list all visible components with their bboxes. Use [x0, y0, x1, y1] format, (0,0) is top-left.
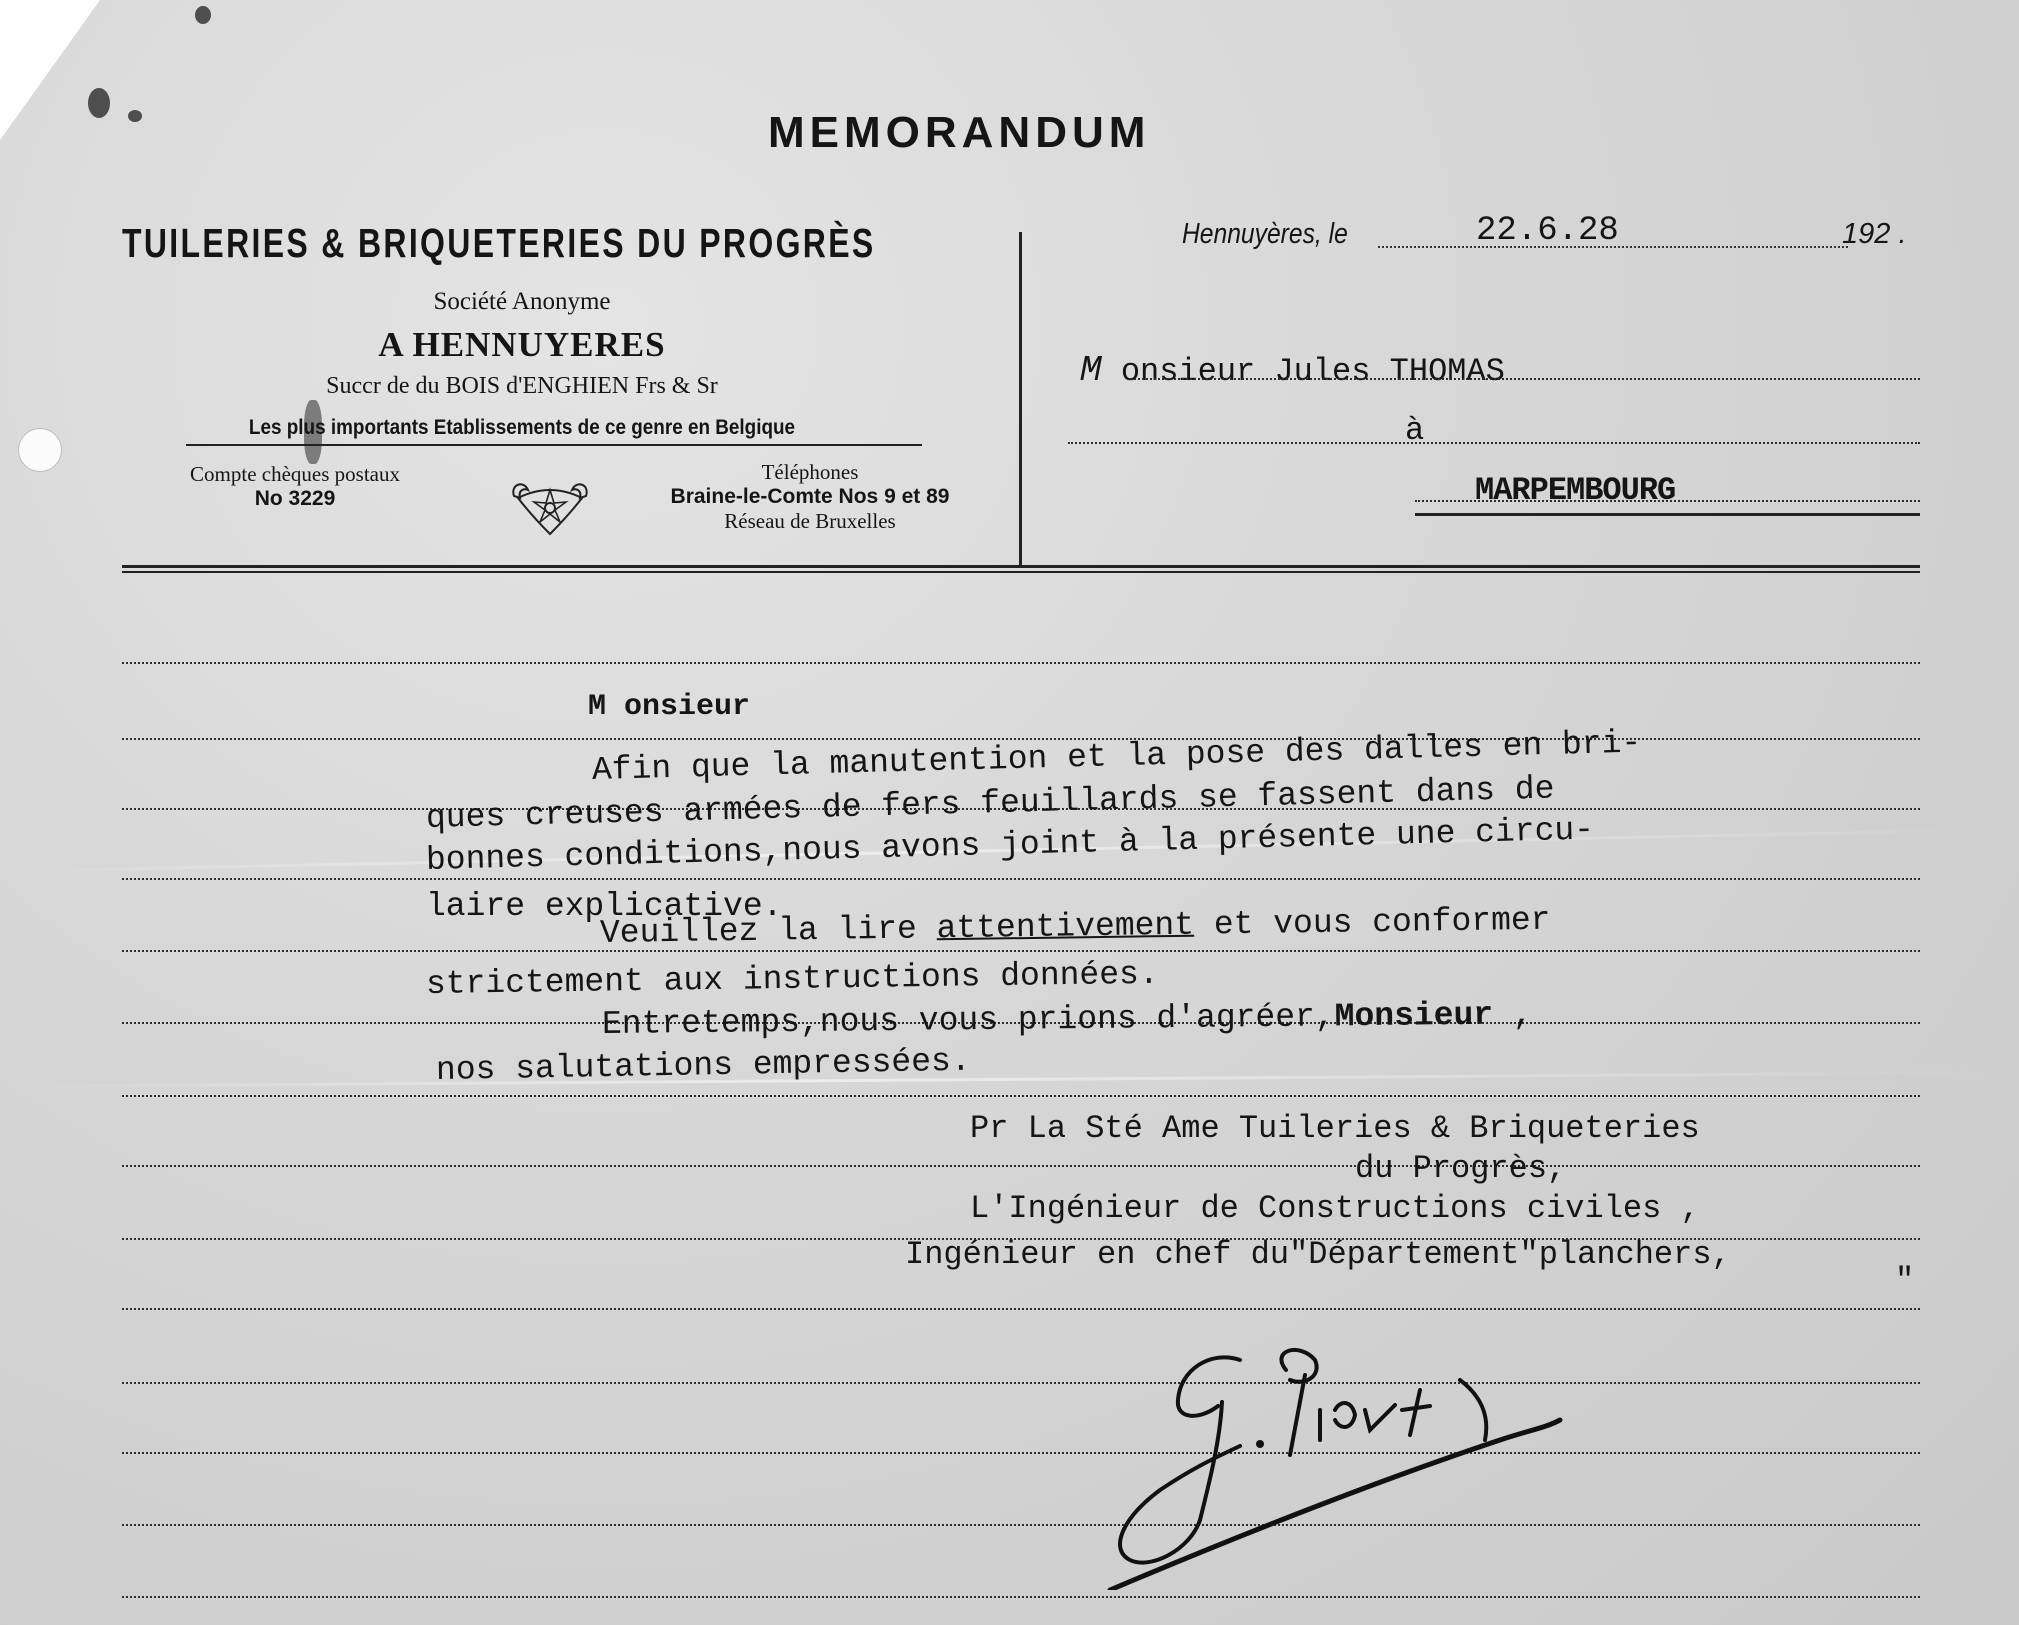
- ruled-line: [122, 1524, 1920, 1526]
- date-place: Hennuyères, le: [1182, 218, 1348, 251]
- company-tagline: Les plus importants Etablissements de ce…: [162, 416, 882, 440]
- ruled-line: [122, 1452, 1920, 1454]
- folded-corner: [0, 0, 100, 140]
- company-city: A HENNUYERES: [122, 325, 922, 365]
- body-line: strictement aux instructions données.: [426, 956, 1159, 1003]
- closing-quote: ": [1895, 1262, 1914, 1299]
- town-rule: [1415, 513, 1920, 516]
- recipient-town: MARPEMBOURG: [1475, 472, 1675, 509]
- successor-line: Succr de du BOIS d'ENGHIEN Frs & Sr: [122, 373, 922, 400]
- ruled-line: [122, 1165, 1920, 1167]
- document-title: MEMORANDUM: [768, 108, 1150, 158]
- ruled-line: [122, 738, 1920, 740]
- recipient-name: M onsieur Jules THOMAS: [1080, 350, 1505, 391]
- floral-ornament-icon: [508, 476, 592, 536]
- ruled-line: [122, 1095, 1920, 1097]
- header-rule: [122, 565, 1920, 568]
- ruled-line: [122, 662, 1920, 664]
- dotted-line: [1415, 500, 1920, 502]
- closing-line: du Progrès,: [1355, 1150, 1566, 1187]
- postal-account-label: Compte chèques postaux: [140, 462, 450, 487]
- body-line: Entretemps,nous vous prions d'agréer,Mon…: [602, 996, 1533, 1043]
- closing-line: Ingénieur en chef du"Département"planche…: [905, 1236, 1731, 1273]
- phones-network: Réseau de Bruxelles: [630, 509, 990, 534]
- signature: [1090, 1320, 1630, 1590]
- emphasized-word: attentivement: [936, 907, 1194, 948]
- body-line: nos salutations empressées.: [436, 1043, 971, 1089]
- closing-line: Pr La Sté Ame Tuileries & Briqueteries: [970, 1110, 1700, 1147]
- dotted-line: [1068, 442, 1920, 444]
- header-vertical-divider: [1019, 232, 1022, 566]
- ruled-line: [122, 1382, 1920, 1384]
- postal-account: Compte chèques postaux No 3229: [140, 462, 450, 511]
- text: Veuillez la lire: [600, 910, 937, 952]
- telephones: Téléphones Braine-le-Comte Nos 9 et 89 R…: [630, 460, 990, 534]
- salutation: M onsieur: [588, 690, 750, 724]
- phones-numbers: Braine-le-Comte Nos 9 et 89: [630, 485, 990, 509]
- ink-stain: [88, 88, 110, 118]
- recipient-name-text: onsieur Jules THOMAS: [1121, 353, 1505, 390]
- ruled-line: [122, 1596, 1920, 1598]
- ink-stain: [195, 6, 211, 24]
- paper-crease: [0, 1071, 2019, 1088]
- legal-form: Société Anonyme: [122, 288, 922, 316]
- punch-hole: [18, 428, 62, 472]
- text: et vous conformer: [1194, 902, 1551, 944]
- date-value: 22.6.28: [1476, 212, 1619, 250]
- text: ,: [1493, 996, 1533, 1033]
- postal-account-number: No 3229: [140, 487, 450, 511]
- phones-label: Téléphones: [630, 460, 990, 485]
- closing-line: L'Ingénieur de Constructions civiles ,: [970, 1190, 1700, 1227]
- ruled-line: [122, 950, 1920, 952]
- text: Entretemps,nous vous prions d'agréer,: [602, 998, 1335, 1043]
- header-rule: [122, 571, 1920, 573]
- date-year-prefix: 192 .: [1842, 218, 1907, 251]
- year-suffix: .: [1898, 218, 1906, 250]
- ink-stain: [128, 110, 142, 122]
- recipient-initial: M: [1080, 350, 1102, 391]
- company-name: TUILERIES & BRIQUETERIES DU PROGRÈS: [122, 220, 876, 267]
- tagline-underline: [186, 444, 922, 446]
- salutation-repeat: Monsieur: [1335, 997, 1494, 1036]
- ruled-line: [122, 1308, 1920, 1310]
- recipient-dotted-line: [1130, 378, 1920, 380]
- year-prefix: 192: [1842, 218, 1890, 250]
- memorandum-page: MEMORANDUM TUILERIES & BRIQUETERIES DU P…: [0, 0, 2019, 1625]
- ruled-line: [122, 878, 1920, 880]
